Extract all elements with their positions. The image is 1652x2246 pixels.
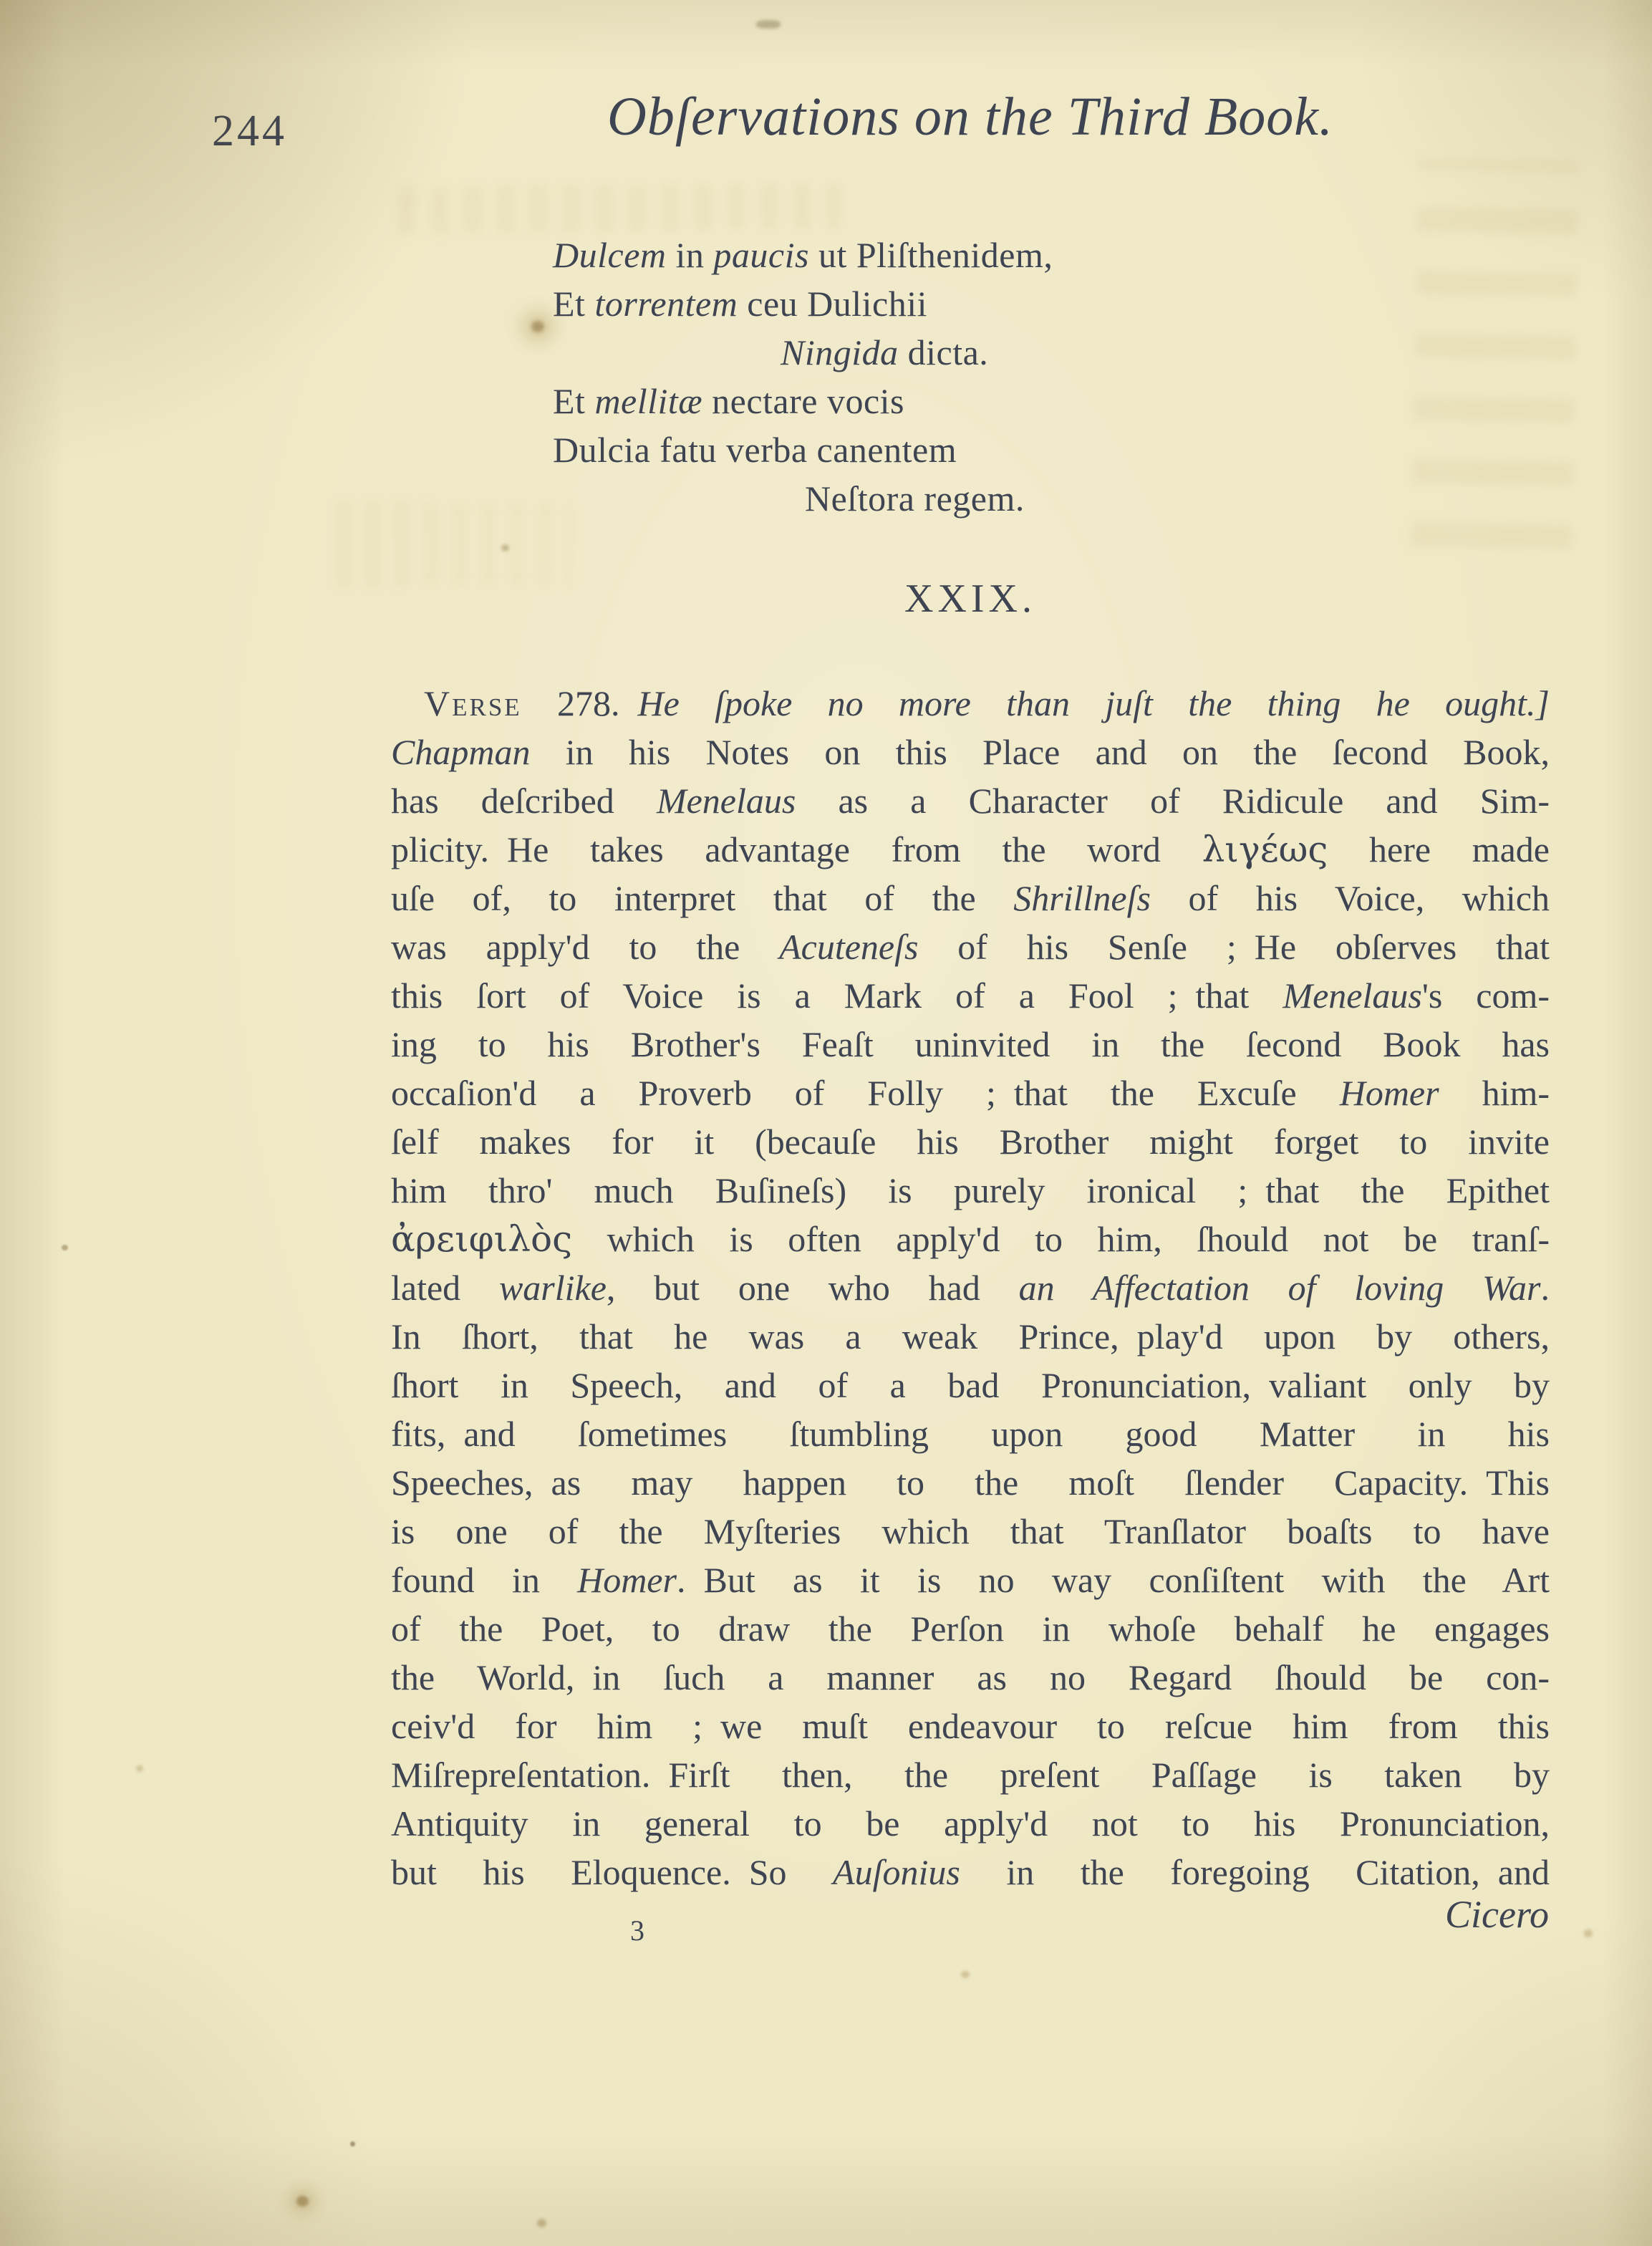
text-line: Ningida dicta. bbox=[781, 328, 1053, 377]
latin-verse-quote: Dulcem in paucis ut Pliſthenidem,Et torr… bbox=[553, 231, 1053, 523]
text-line: Dulcia fatu verba canentem bbox=[553, 425, 1053, 474]
text-segment: was apply'd to the bbox=[391, 927, 779, 967]
foxing-spot bbox=[296, 2196, 309, 2207]
foxing-spot bbox=[350, 2141, 355, 2146]
foxing-spot bbox=[537, 2219, 546, 2227]
text-segment: which is often apply'd to him, ſhould no… bbox=[572, 1219, 1550, 1259]
text-line: Chapman in his Notes on this Place and o… bbox=[391, 728, 1550, 776]
foxing-spot bbox=[136, 1765, 143, 1772]
text-line: Miſrepreſentation. Firſt then, the preſe… bbox=[391, 1750, 1550, 1799]
section-heading: XXIX. bbox=[390, 576, 1550, 622]
text-line: Dulcem in paucis ut Pliſthenidem, bbox=[553, 231, 1053, 279]
text-segment: ceu Dulichii bbox=[738, 284, 927, 324]
text-segment: lated bbox=[391, 1268, 499, 1308]
text-line: fits, and ſometimes ſtumbling upon good … bbox=[391, 1409, 1550, 1458]
text-segment: Shrillneſs bbox=[1013, 878, 1151, 918]
text-segment: Chapman bbox=[391, 732, 530, 772]
text-line: was apply'd to the Acuteneſs of his Senſ… bbox=[391, 922, 1550, 971]
text-segment: ſelf makes for it (becauſe his Brother m… bbox=[391, 1122, 1550, 1162]
text-segment: In ſhort, that he was a weak Prince, pla… bbox=[391, 1316, 1550, 1356]
text-segment: is one of the Myſteries which that Tranſ… bbox=[391, 1511, 1550, 1551]
foxing-spot bbox=[961, 1971, 970, 1978]
text-segment: in his Notes on this Place and on the ſe… bbox=[530, 732, 1550, 772]
text-segment: dicta. bbox=[899, 332, 989, 372]
text-segment: Auſonius bbox=[833, 1852, 960, 1892]
text-segment: warlike bbox=[499, 1268, 607, 1308]
text-segment: him thro' much Buſineſs) is purely ironi… bbox=[391, 1170, 1550, 1210]
text-line: occaſion'd a Proverb of Folly ; that the… bbox=[391, 1069, 1550, 1117]
foxing-spot bbox=[531, 321, 544, 332]
text-segment: . But as it is no way conſiſtent with th… bbox=[677, 1560, 1550, 1600]
text-line: In ſhort, that he was a weak Prince, pla… bbox=[391, 1312, 1550, 1361]
text-segment: Et bbox=[553, 381, 594, 421]
text-line: ἀρειφιλὸς which is often apply'd to him,… bbox=[391, 1215, 1550, 1263]
text-segment: torrentem bbox=[594, 284, 738, 324]
text-segment: ut Pliſthenidem, bbox=[809, 235, 1053, 275]
text-segment: of the Poet, to draw the Perſon in whoſe… bbox=[391, 1609, 1550, 1649]
text-segment: as a Character of Ridicule and Sim- bbox=[796, 781, 1550, 821]
text-segment: Ningida bbox=[781, 332, 899, 372]
text-segment: . bbox=[1541, 1268, 1550, 1308]
text-segment: Homer bbox=[1340, 1073, 1439, 1113]
text-segment: Menelaus bbox=[657, 781, 796, 821]
text-segment: the World, in ſuch a manner as no Regard… bbox=[391, 1657, 1550, 1697]
text-segment: occaſion'd a Proverb of Folly ; that the… bbox=[391, 1073, 1340, 1113]
show-through-ghost-text bbox=[397, 183, 842, 234]
text-segment: ſhort in Speech, and of a bad Pronunciat… bbox=[391, 1365, 1550, 1405]
book-page-scan: 244 Obſervations on the Third Book. Dulc… bbox=[0, 0, 1652, 2246]
text-line: has deſcribed Menelaus as a Character of… bbox=[391, 776, 1550, 825]
text-line: found in Homer. But as it is no way conſ… bbox=[391, 1556, 1550, 1604]
text-line: uſe of, to interpret that of the Shrilln… bbox=[391, 874, 1550, 922]
text-segment: Verse bbox=[424, 683, 522, 723]
text-segment: Miſrepreſentation. Firſt then, the preſe… bbox=[391, 1755, 1550, 1795]
text-segment: Neſtora regem. bbox=[805, 478, 1025, 519]
text-segment: Acuteneſs bbox=[779, 927, 918, 967]
text-line: is one of the Myſteries which that Tranſ… bbox=[391, 1507, 1550, 1556]
text-segment: in bbox=[667, 235, 714, 275]
text-segment: an Affectation of loving War bbox=[1019, 1268, 1541, 1308]
text-segment: 's com- bbox=[1422, 975, 1550, 1016]
text-segment: ἀρειφιλὸς bbox=[391, 1218, 572, 1260]
text-line: but his Eloquence. So Auſonius in the fo… bbox=[391, 1848, 1550, 1896]
text-line: the World, in ſuch a manner as no Regard… bbox=[391, 1653, 1550, 1702]
catchword: Cicero bbox=[390, 1892, 1549, 1937]
text-line: him thro' much Buſineſs) is purely ironi… bbox=[391, 1166, 1550, 1215]
text-segment: He ſpoke no more than juſt the thing he … bbox=[637, 683, 1550, 723]
text-line: Speeches, as may happen to the moſt ſlen… bbox=[391, 1458, 1550, 1507]
foxing-spot bbox=[501, 544, 509, 551]
text-line: Et mellitæ nectare vocis bbox=[553, 377, 1053, 425]
text-segment: Menelaus bbox=[1283, 975, 1421, 1016]
text-segment: has deſcribed bbox=[391, 781, 657, 821]
text-segment: Dulcem bbox=[553, 235, 667, 275]
ink-smudge bbox=[756, 20, 781, 29]
text-segment: nectare vocis bbox=[702, 381, 904, 421]
text-segment: mellitæ bbox=[594, 381, 702, 421]
text-line: ſelf makes for it (becauſe his Brother m… bbox=[391, 1117, 1550, 1166]
text-line: this ſort of Voice is a Mark of a Fool ;… bbox=[391, 971, 1550, 1020]
text-segment: him- bbox=[1439, 1073, 1550, 1113]
text-segment: λιγέως bbox=[1202, 829, 1328, 870]
text-segment: Homer bbox=[577, 1560, 677, 1600]
text-segment: Dulcia fatu verba canentem bbox=[553, 430, 957, 470]
text-line: of the Poet, to draw the Perſon in whoſe… bbox=[391, 1604, 1550, 1653]
text-segment: found in bbox=[391, 1560, 577, 1600]
foxing-spot bbox=[62, 1245, 68, 1250]
running-title: Obſervations on the Third Book. bbox=[390, 86, 1550, 148]
text-line: ſhort in Speech, and of a bad Pronunciat… bbox=[391, 1361, 1550, 1409]
show-through-ghost-text bbox=[1411, 160, 1578, 549]
text-segment: ceiv'd for him ; we muſt endeavour to re… bbox=[391, 1706, 1550, 1746]
text-segment: Et bbox=[553, 284, 594, 324]
page-number: 244 bbox=[212, 106, 287, 157]
text-line: Neſtora regem. bbox=[805, 474, 1053, 523]
text-segment: plicity. He takes advantage from the wor… bbox=[391, 829, 1202, 869]
text-segment: ing to his Brother's Feaſt uninvited in … bbox=[391, 1024, 1550, 1064]
text-line: Et torrentem ceu Dulichii bbox=[553, 279, 1053, 328]
text-line: Verse 278. He ſpoke no more than juſt th… bbox=[391, 679, 1550, 728]
foxing-spot bbox=[1584, 1929, 1593, 1937]
text-segment: , but one who had bbox=[607, 1268, 1019, 1308]
text-segment: of his Voice, which bbox=[1151, 878, 1550, 918]
text-segment: Speeches, as may happen to the moſt ſlen… bbox=[391, 1462, 1550, 1503]
text-line: plicity. He takes advantage from the wor… bbox=[391, 825, 1550, 874]
text-segment: uſe of, to interpret that of the bbox=[391, 878, 1013, 918]
text-line: Antiquity in general to be apply'd not t… bbox=[391, 1799, 1550, 1848]
text-segment: but his Eloquence. So bbox=[391, 1852, 833, 1892]
text-segment: in the foregoing Citation, and bbox=[960, 1852, 1550, 1892]
text-segment: this ſort of Voice is a Mark of a Fool ;… bbox=[391, 975, 1283, 1016]
text-segment: 278. bbox=[522, 683, 638, 723]
commentary-paragraph: Verse 278. He ſpoke no more than juſt th… bbox=[391, 679, 1550, 1896]
text-segment: here made bbox=[1328, 829, 1550, 869]
text-segment: of his Senſe ; He obſerves that bbox=[918, 927, 1550, 967]
text-line: ceiv'd for him ; we muſt endeavour to re… bbox=[391, 1702, 1550, 1750]
text-segment: paucis bbox=[713, 235, 809, 275]
show-through-ghost-text bbox=[337, 501, 573, 587]
text-segment: Antiquity in general to be apply'd not t… bbox=[391, 1803, 1550, 1843]
text-line: ing to his Brother's Feaſt uninvited in … bbox=[391, 1020, 1550, 1069]
text-line: lated warlike, but one who had an Affect… bbox=[391, 1263, 1550, 1312]
text-segment: fits, and ſometimes ſtumbling upon good … bbox=[391, 1414, 1550, 1454]
